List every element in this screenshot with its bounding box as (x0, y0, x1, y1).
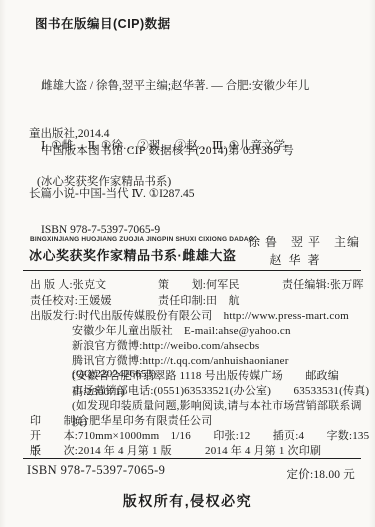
cip-class-line2: 长篇小说-中国-当代 Ⅳ. ①I287.45 (29, 186, 359, 202)
edition-line: 版 次:2014 年 4 月第 1 版 (30, 442, 172, 458)
printer-line: 印 制:合肥华星印务有限责任公司 (30, 412, 212, 428)
marketing-phone-line: 市场营销部电话:(0551)63533521(办公室) 63533531(传真) (72, 382, 369, 398)
publishing-company-line: 出版发行:时代出版传媒股份有限公司 http://www.press-mart.… (30, 307, 349, 323)
planner-field: 策 划:何军民 (158, 276, 240, 292)
series-title: 冰心奖获奖作家精品书系·雌雄大盗 (29, 245, 236, 264)
cip-registry-number: 中国版本图书馆 CIP 数据核字(2014)第 031309 号 (41, 142, 294, 158)
divider-top (23, 270, 361, 271)
chief-editors: 徐 鲁 翌 平 主编 (248, 233, 360, 250)
isbn-bottom: ISBN 978-7-5397-7065-9 (27, 463, 165, 478)
series-title-pinyin: BINGXINJIANG HUOJIANG ZUOJIA JINGPIN SHU… (30, 236, 254, 243)
cip-heading: 图书在版编目(CIP)数据 (35, 14, 171, 32)
copyright-notice: 版权所有,侵权必究 (0, 491, 375, 511)
print-supervisor-field: 责任印制:田 航 (158, 292, 240, 308)
author-name: 赵 华 著 (248, 251, 343, 268)
printing-line: 2014 年 4 月第 1 次印刷 (205, 442, 321, 458)
proofreader-field: 责任校对:王媛媛 (30, 292, 112, 308)
cip-record-line1: 雌雄大盗 / 徐鲁,翌平主编;赵华著. — 合肥:安徽少年儿 (29, 78, 359, 94)
price: 定价:18.00 元 (287, 466, 355, 482)
divider-bottom (23, 458, 361, 459)
scanned-copyright-page: 图书在版编目(CIP)数据 雌雄大盗 / 徐鲁,翌平主编;赵华著. — 合肥:安… (0, 0, 375, 527)
publisher-field: 出 版 人:张克文 (30, 276, 106, 292)
sina-weibo-line: 新浪官方微博:http://weibo.com/ahsecbs (72, 337, 259, 353)
editor-field: 责任编辑:张万晖 (282, 276, 364, 292)
press-email-line: 安徽少年儿童出版社 E-mail:ahse@yahoo.cn (72, 322, 291, 338)
cip-classification-block: Ⅰ. ①雌… Ⅱ. ①徐… ②翌… ③赵… Ⅲ. ①儿童文学- 长篇小说-中国-… (29, 106, 359, 234)
